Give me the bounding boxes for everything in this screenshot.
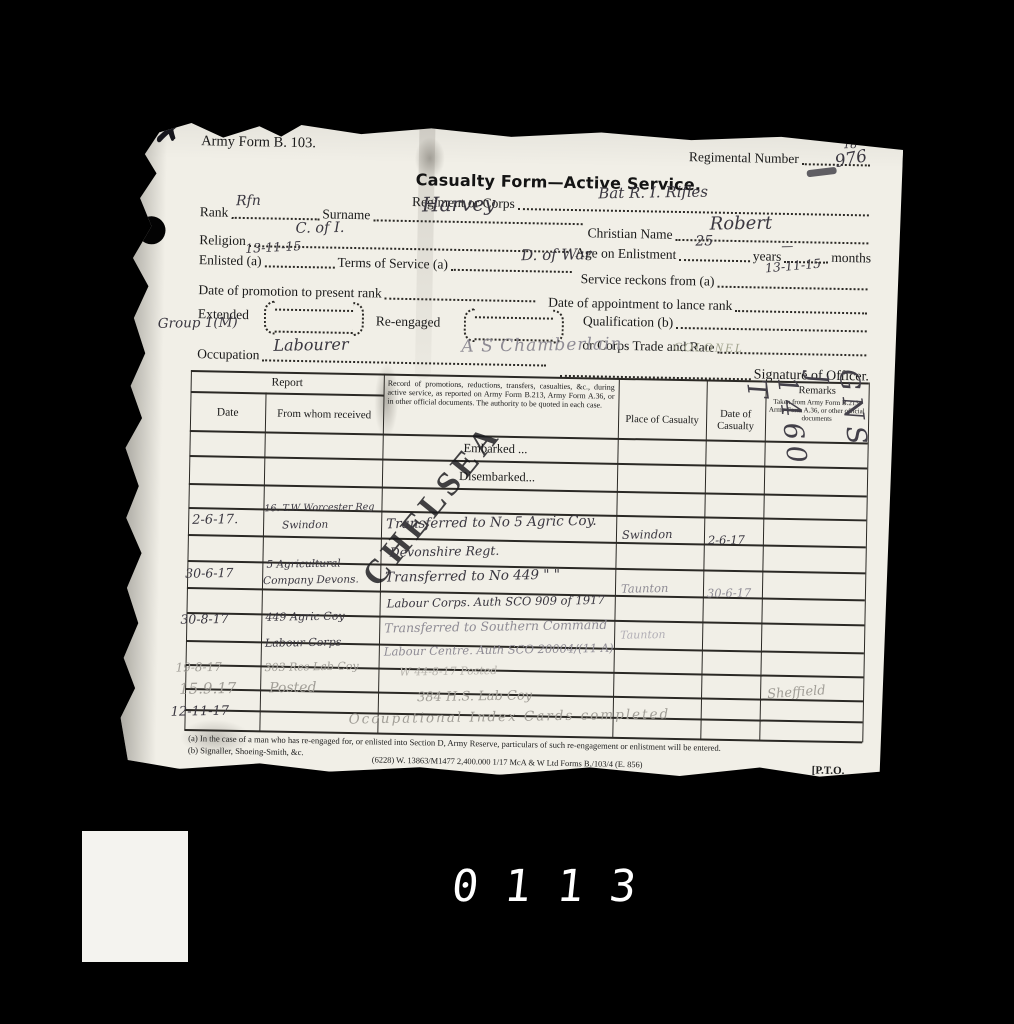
entry-place: Swindon [622, 529, 673, 541]
dotted-leader [264, 263, 334, 268]
pen-cross-mark: ✗ [151, 110, 188, 155]
table-rule [184, 370, 192, 730]
terms-value: D. of War [521, 247, 592, 263]
entry-date: 12-11-17 [171, 705, 230, 719]
entry-from: Swindon [282, 520, 328, 531]
entry-record: W 44-8-17 Posted [399, 665, 497, 678]
regiment-value: Bat R. I. Rifles [598, 185, 708, 202]
bracket-left [264, 300, 276, 334]
entry-record: Occupational Index Cards completed [349, 708, 671, 727]
colonel-stamp: COLONEL [673, 340, 744, 356]
dotted-leader [231, 215, 319, 221]
calibration-patch [82, 831, 188, 962]
occupation-value: Labourer [273, 337, 348, 354]
frame-counter: 0113 [449, 861, 664, 912]
reckons-value: 13-11-15 [765, 258, 822, 275]
age-row: Age on Enlistment years months [575, 246, 871, 266]
col-place: Place of Casualty [618, 414, 706, 428]
rank-label: Rank [200, 205, 229, 220]
printer-imprint: (6228) W. 13863/M1477 2,400.000 1/17 McA… [372, 755, 643, 769]
promotion-label: Date of promotion to present rank [198, 283, 382, 301]
enlisted-terms-row: Enlisted (a) Terms of Service (a) [199, 253, 575, 275]
reckons-label: Service reckons from (a) [581, 272, 715, 289]
dotted-leader [373, 217, 583, 225]
entry-from: Company Devons. [263, 574, 359, 586]
entry-from: 449 Agric Coy [265, 611, 344, 623]
entry-date-of-casualty: 2-6-17 [708, 535, 745, 547]
entry-date: 30-8-17 [180, 613, 228, 626]
entry-from: 16. T.W Worcester Reg [264, 503, 374, 514]
entry-from: Posted [269, 681, 317, 696]
entry-record: Devonshire Regt. [390, 545, 500, 559]
col-record: Record of promotions, reductions, transf… [387, 379, 614, 410]
dotted-leader [451, 267, 572, 273]
entry-date-of-casualty: 30-6-17 [707, 588, 752, 600]
age-value: 25 [695, 234, 713, 248]
reckons-row: Service reckons from (a) [581, 272, 871, 292]
table-rule [612, 378, 620, 738]
entry-from: 5 Agricultural [266, 559, 340, 571]
entry-date: 19-8-17 [175, 661, 221, 674]
entry-date: 2-6-17. [192, 513, 238, 527]
dotted-leader [385, 295, 536, 302]
entry-date: 30-6-17 [185, 567, 233, 580]
footnote-b: (b) Signaller, Shoeing-Smith, &c. [188, 745, 304, 757]
dotted-leader [735, 308, 867, 314]
table-rule [700, 379, 708, 739]
entry-record: Transferred to No 5 Agric Coy. [386, 515, 597, 532]
scanned-page-background: ✗ Army Form B. 103. Regimental Number 18… [0, 0, 1014, 1024]
dotted-leader [676, 325, 867, 332]
struck-out-number [806, 167, 837, 178]
entry-place: Taunton [620, 629, 666, 641]
group-value: Group 1(M) [158, 316, 238, 331]
edge-annotation: GNS J 1460 T [740, 367, 874, 474]
entry-remarks: Sheffield [767, 684, 826, 701]
pto-note: [P.T.O. [812, 764, 845, 777]
rank-value: Rfn [236, 194, 261, 208]
dotted-leader [717, 284, 867, 291]
entry-record: Labour Corps. Auth SCO 909 of 1917 [387, 595, 605, 610]
officer-signature: A S Chamberlain [461, 336, 622, 356]
entry-from: 303 Res Lab Coy [264, 661, 358, 674]
entry-place: Taunton [621, 583, 669, 595]
religion-label: Religion [199, 233, 246, 249]
entry-record: Transferred to No 449 " " [385, 569, 560, 585]
lance-label: Date of appointment to lance rank [548, 296, 732, 314]
col-report: Report [191, 375, 384, 392]
col-from: From whom received [265, 407, 383, 422]
qualification-row: Qualification (b) [583, 314, 870, 334]
religion-value: C. of I. [295, 221, 344, 236]
entry-date: 15.9.17 [179, 681, 237, 697]
promotion-row: Date of promotion to present rank [198, 283, 538, 304]
months-label: months [831, 251, 871, 267]
dotted-lines [275, 301, 354, 336]
regimental-number-label: Regimental Number [689, 150, 799, 167]
extended-entry-box [264, 300, 365, 336]
entry-record: 384 H.S. Lab Coy [417, 689, 532, 704]
christian-name-value: Robert [710, 215, 773, 234]
qualification-label: Qualification (b) [583, 314, 674, 330]
entry-record: Labour Centre. Auth SCO 20004/(11 A) [384, 643, 614, 658]
surname-value: Harvey [422, 193, 496, 214]
scan-edge-shadow [120, 118, 168, 771]
entry-from: Labour Corps [265, 637, 342, 649]
occupation-label: Occupation [197, 347, 259, 363]
entry-record: Transferred to Southern Command [384, 619, 607, 635]
reengaged-label: Re-engaged [376, 314, 441, 330]
table-rule [191, 391, 384, 396]
form-number: Army Form B. 103. [201, 134, 316, 152]
casualty-form-page: ✗ Army Form B. 103. Regimental Number 18… [120, 118, 904, 784]
dotted-leader [679, 257, 750, 262]
bracket-right [353, 302, 365, 336]
christian-name-label: Christian Name [587, 226, 672, 242]
col-date: Date [190, 406, 265, 421]
terms-label: Terms of Service (a) [337, 256, 448, 273]
months-value: — [781, 240, 793, 252]
dotted-leader [262, 357, 546, 366]
enlisted-value: 13-11-15 [245, 240, 302, 255]
